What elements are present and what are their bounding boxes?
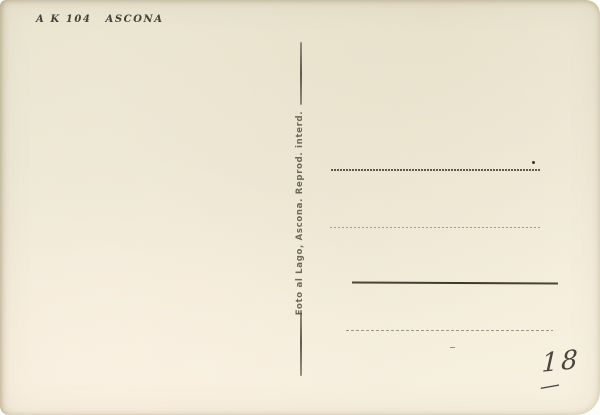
- ink-dot: [532, 161, 535, 164]
- divider-bottom-segment: [300, 310, 302, 376]
- address-line-2: [330, 227, 540, 228]
- printed-header: A K 104ASCONA: [36, 14, 164, 25]
- price-dash: —: [540, 371, 561, 398]
- address-line-4: [346, 330, 553, 331]
- postcard-paper: A K 104ASCONA Foto al Lago, Ascona. Repr…: [0, 0, 600, 415]
- publisher-imprint-vertical: Foto al Lago, Ascona. Reprod. interd.: [295, 111, 305, 315]
- postcard-title: ASCONA: [106, 14, 164, 25]
- handwritten-price: 18—: [540, 343, 598, 409]
- address-line-3: [352, 282, 558, 285]
- ink-speck: [450, 347, 455, 348]
- scanned-postcard-back: A K 104ASCONA Foto al Lago, Ascona. Repr…: [0, 0, 600, 415]
- catalog-code: A K 104: [36, 14, 92, 25]
- divider-top-segment: [300, 42, 302, 105]
- address-line-1: [331, 169, 540, 171]
